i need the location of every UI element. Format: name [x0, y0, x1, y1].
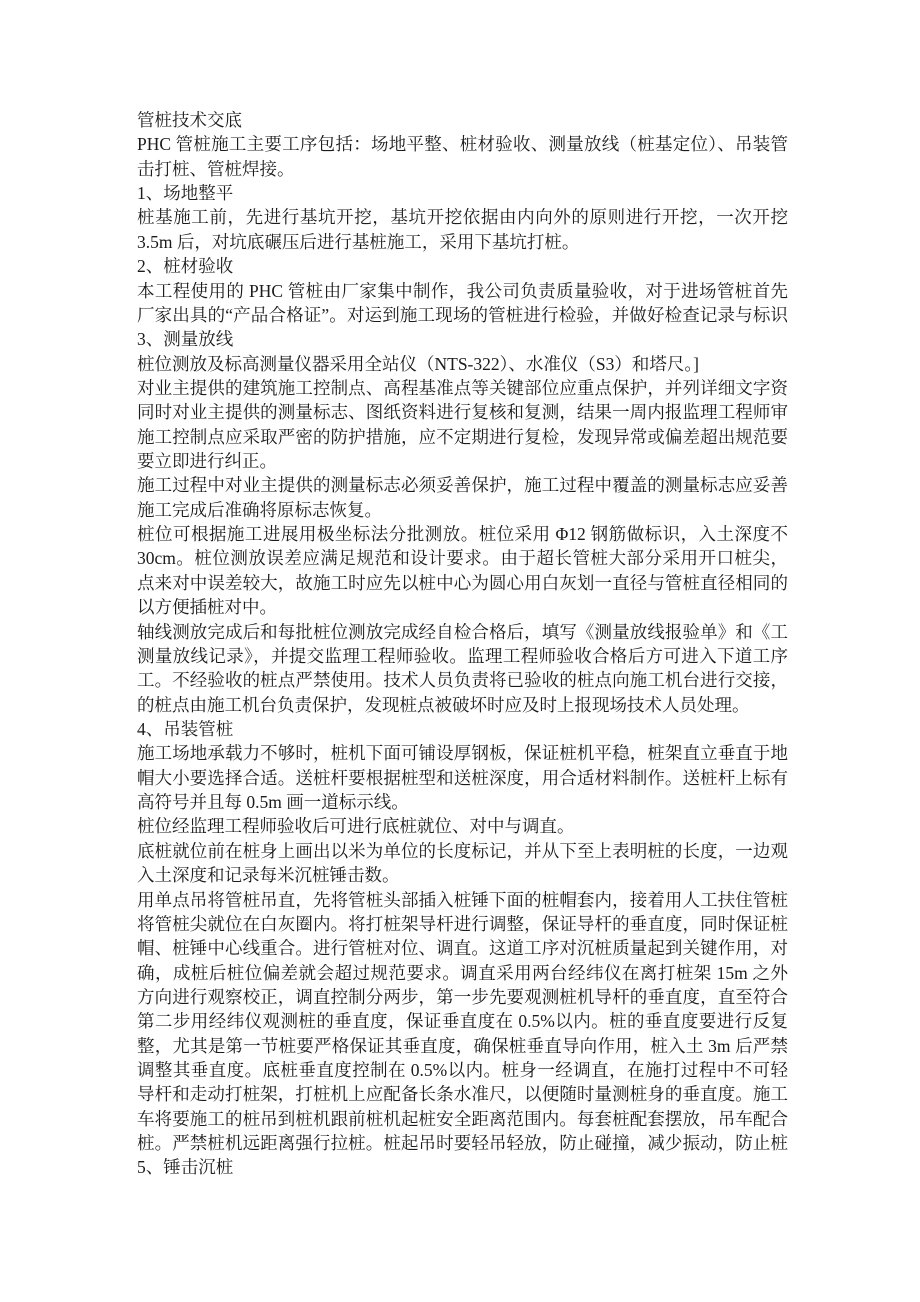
- text-line: 对业主提供的建筑施工控制点、高程基准点等关键部位应重点保护，并列详细文字资料备案…: [137, 376, 788, 400]
- text-line: 方向进行观察校正，调直控制分两步，第一步先要观测桩机导杆的垂直度，直至符合要求；: [137, 985, 788, 1009]
- text-line: 点来对中误差较大，故施工时应先以桩中心为圆心用白灰划一直径与管桩直径相同的圆圈，: [137, 571, 788, 595]
- text-line: 桩基施工前，先进行基坑开挖，基坑开挖依据由内向外的原则进行开挖，一次开挖至-3.…: [137, 205, 788, 229]
- text-line: 整，尤其是第一节桩要严格保证其垂直度，确保桩垂直导向作用，桩入土 3m 后严禁用…: [137, 1034, 788, 1058]
- document-page: 管桩技术交底PHC 管桩施工主要工序包括：场地平整、桩材验收、测量放线（桩基定位…: [0, 0, 920, 1302]
- text-line: 击打桩、管桩焊接。: [137, 157, 788, 181]
- text-line: 帽大小要选择合适。送桩杆要根据桩型和送桩深度，用合适材料制作。送桩杆上标有送桩标: [137, 766, 788, 790]
- text-line: 轴线测放完成后和每批桩位测放完成经自检合格后，填写《测量放线报验单》和《工程定位: [137, 620, 788, 644]
- text-line: 30cm。桩位测放误差应满足规范和设计要求。由于超长管桩大部分采用开口桩尖，靠一…: [137, 546, 788, 570]
- text-line: 5、锤击沉桩: [137, 1155, 788, 1179]
- text-line: 施工场地承载力不够时，桩机下面可铺设厚钢板，保证桩机平稳，桩架直立垂直于地面。桩: [137, 741, 788, 765]
- text-line: 1、场地整平: [137, 181, 788, 205]
- text-line: 要立即进行纠正。: [137, 449, 788, 473]
- text-line: 调整其垂直度。底桩垂直度控制在 0.5%以内。桩身一经调直，在施打过程中不可轻易…: [137, 1058, 788, 1082]
- text-line: 车将要施工的桩吊到桩机跟前桩机起桩安全距离范围内。每套桩配套摆放，吊车配合桩机喂: [137, 1107, 788, 1131]
- text-line: 工。不经验收的桩点严禁使用。技术人员负责将已验收的桩点向施工机台进行交接，交接后: [137, 668, 788, 692]
- text-line: 底桩就位前在桩身上画出以米为单位的长度标记，并从下至上表明桩的长度，一边观察桩的: [137, 839, 788, 863]
- text-line: 同时对业主提供的测量标志、图纸资料进行复核和复测，结果一周内报监理工程师审核。: [137, 400, 788, 424]
- text-line: 导杆和走动打桩架，打桩机上应配备长条水准尺，以便随时量测桩身的垂直度。施工前用吊: [137, 1082, 788, 1106]
- text-line: 以方便插桩对中。: [137, 595, 788, 619]
- text-line: 施工控制点应采取严密的防护措施，应不定期进行复检，发现异常或偏差超出规范要求之后: [137, 425, 788, 449]
- text-line: 桩位测放及标高测量仪器采用全站仪（NTS-322）、水准仪（S3）和塔尺。]: [137, 352, 788, 376]
- text-line: 3.5m 后，对坑底碾压后进行基桩施工，采用下基坑打桩。: [137, 230, 788, 254]
- text-line: 确，成桩后桩位偏差就会超过规范要求。调直采用两台经纬仪在离打桩架 15m 之外成…: [137, 961, 788, 985]
- text-line: 施工过程中对业主提供的测量标志必须妥善保护，施工过程中覆盖的测量标志应妥善移出，: [137, 473, 788, 497]
- text-line: 第二步用经纬仪观测桩的垂直度，保证垂直度在 0.5%以内。桩的垂直度要进行反复多…: [137, 1009, 788, 1033]
- text-line: 本工程使用的 PHC 管桩由厂家集中制作，我公司负责质量验收，对于进场管桩首先应…: [137, 279, 788, 303]
- text-line: 2、桩材验收: [137, 254, 788, 278]
- text-line: 3、测量放线: [137, 327, 788, 351]
- text-line: 的桩点由施工机台负责保护，发现桩点被破坏时应及时上报现场技术人员处理。: [137, 693, 788, 717]
- text-line: 测量放线记录》，并提交监理工程师验收。监理工程师验收合格后方可进入下道工序进行施: [137, 644, 788, 668]
- text-line: 施工完成后准确将原标志恢复。: [137, 498, 788, 522]
- document-body: 管桩技术交底PHC 管桩施工主要工序包括：场地平整、桩材验收、测量放线（桩基定位…: [137, 108, 788, 1180]
- text-line: 管桩技术交底: [137, 108, 788, 132]
- text-line: 高符号并且每 0.5m 画一道标示线。: [137, 790, 788, 814]
- text-line: 桩位可根据施工进展用极坐标法分批测放。桩位采用 Φ12 钢筋做标识，入土深度不少…: [137, 522, 788, 546]
- text-line: 将管桩尖就位在白灰圈内。将打桩架导杆进行调整，保证导杆的垂直度，同时保证桩身、桩: [137, 912, 788, 936]
- text-line: 4、吊装管桩: [137, 717, 788, 741]
- text-line: 桩位经监理工程师验收后可进行底桩就位、对中与调直。: [137, 814, 788, 838]
- text-line: 厂家出具的“产品合格证”。对运到施工现场的管桩进行检验，并做好检查记录与标识工作…: [137, 303, 788, 327]
- text-line: 入土深度和记录每米沉桩锤击数。: [137, 863, 788, 887]
- text-line: 桩。严禁桩机远距离强行拉桩。桩起吊时要轻吊轻放，防止碰撞，减少振动，防止桩身裂损…: [137, 1131, 788, 1155]
- text-line: PHC 管桩施工主要工序包括：场地平整、桩材验收、测量放线（桩基定位）、吊装管桩…: [137, 132, 788, 156]
- text-line: 帽、桩锤中心线重合。进行管桩对位、调直。这道工序对沉桩质量起到关键作用，对中不正: [137, 936, 788, 960]
- text-line: 用单点吊将管桩吊直，先将管桩头部插入桩锤下面的桩帽套内，接着用人工扶住管桩下端，: [137, 888, 788, 912]
